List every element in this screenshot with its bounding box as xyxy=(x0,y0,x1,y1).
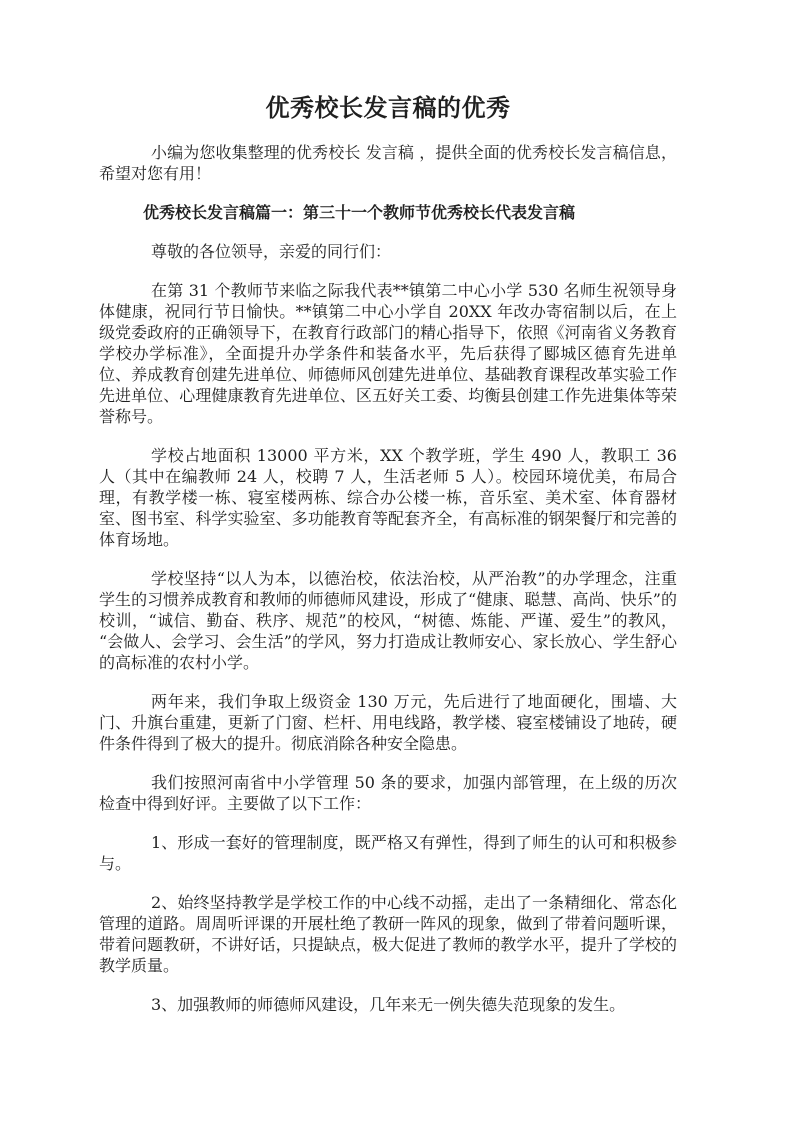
body-paragraph: 2、始终坚持教学是学校工作的中心线不动摇，走出了一条精细化、常态化管理的道路。周… xyxy=(99,892,677,976)
body-paragraph: 学校占地面积 13000 平方米，XX 个教学班，学生 490 人，教职工 36… xyxy=(99,445,677,550)
intro-paragraph: 小编为您收集整理的优秀校长 发言稿 ，提供全面的优秀校长发言稿信息，希望对您有用… xyxy=(99,142,677,184)
body-paragraph: 在第 31 个教师节来临之际我代表**镇第二中心小学 530 名师生祝领导身体健… xyxy=(99,280,677,427)
body-paragraph: 我们按照河南省中小学管理 50 条的要求，加强内部管理，在上级的历次检查中得到好… xyxy=(99,772,677,814)
section-heading: 优秀校长发言稿篇一：第三十一个教师节优秀校长代表发言稿 xyxy=(99,202,677,223)
body-paragraph: 学校坚持“以人为本，以德治校，依法治校，从严治教”的办学理念，注重学生的习惯养成… xyxy=(99,568,677,673)
body-paragraph: 两年来，我们争取上级资金 130 万元，先后进行了地面硬化，围墙、大门、升旗台重… xyxy=(99,691,677,754)
body-paragraph: 3、加强教师的师德师风建设，几年来无一例失德失范现象的发生。 xyxy=(99,994,677,1015)
salutation: 尊敬的各位领导，亲爱的同行们： xyxy=(99,241,677,262)
body-paragraph: 1、形成一套好的管理制度，既严格又有弹性，得到了师生的认可和积极参与。 xyxy=(99,832,677,874)
document-page: 优秀校长发言稿的优秀 小编为您收集整理的优秀校长 发言稿 ，提供全面的优秀校长发… xyxy=(0,0,793,1122)
document-title: 优秀校长发言稿的优秀 xyxy=(99,92,677,124)
